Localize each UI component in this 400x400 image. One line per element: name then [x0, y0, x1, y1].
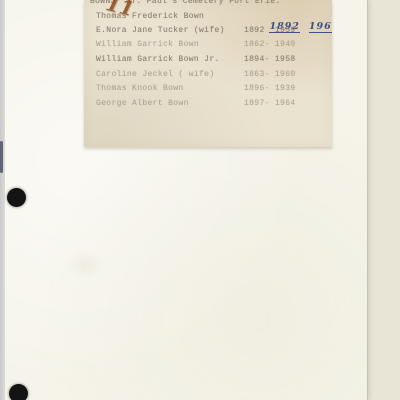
scanned-album-page: BOWNS ST. Paul's Cemetery Fort Erie. 11 …	[0, 0, 400, 400]
record-row: William Garrick Bown Jr. 1894- 1958	[84, 55, 332, 68]
punch-hole-icon	[7, 188, 26, 207]
person-name: William Garrick Bown	[96, 40, 199, 49]
person-name: Thomas Frederick Bown	[96, 12, 204, 21]
cemetery-note: BOWNS ST. Paul's Cemetery Fort Erie. 11 …	[84, 0, 332, 147]
punch-hole-icon	[9, 384, 28, 400]
person-name: Thomas Knook Bown	[96, 84, 184, 93]
record-row: Thomas Frederick Bown 18921969	[84, 12, 332, 25]
record-row: George Albert Bown 1897- 1964	[84, 99, 332, 112]
record-row: Thomas Knook Bown 1896- 1939	[84, 84, 332, 97]
life-dates: 1894- 1958	[244, 55, 296, 64]
life-dates: 1892 1959	[244, 26, 296, 35]
person-name: William Garrick Bown Jr.	[96, 55, 220, 64]
life-dates: 1896- 1939	[244, 84, 296, 93]
person-name: E.Nora Jane Tucker (wife)	[96, 26, 225, 35]
life-dates: 1897- 1964	[244, 99, 296, 108]
scan-edge-mark	[0, 141, 3, 173]
person-name: Caroline Jeckel ( wife)	[96, 70, 214, 79]
life-dates: 1863- 1960	[244, 70, 296, 79]
record-row: Caroline Jeckel ( wife) 1863- 1960	[84, 70, 332, 83]
scan-edge-strip	[0, 0, 5, 400]
record-row: William Garrick Bown 1862- 1940	[84, 40, 332, 53]
person-name: George Albert Bown	[96, 99, 189, 108]
life-dates: 1862- 1940	[244, 40, 296, 49]
paper-stain	[65, 250, 105, 280]
record-row: E.Nora Jane Tucker (wife) 1892 1959	[84, 26, 332, 39]
